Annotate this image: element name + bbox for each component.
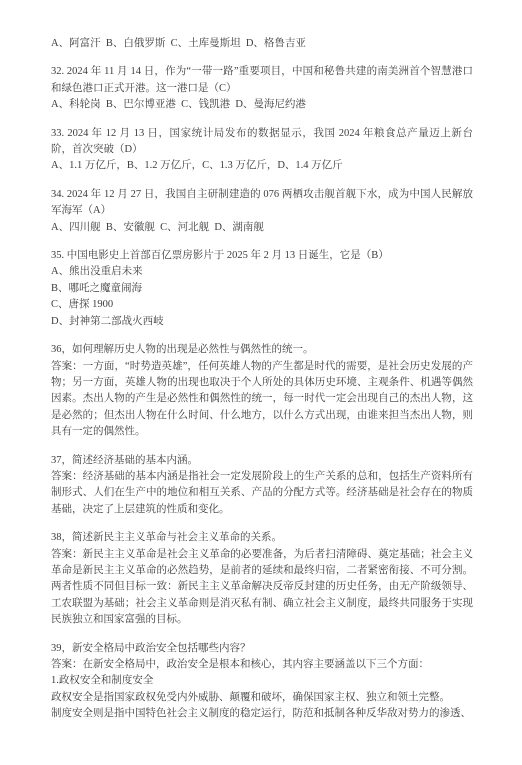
question-35-option-c: C、唐探 1900 <box>51 297 473 313</box>
question-39-answer-point1-title: 1.政权安全和制度安全 <box>51 673 473 689</box>
question-39-title: 39，新安全格局中政治安全包括哪些内容？ <box>51 641 473 657</box>
question-36-title: 36，如何理解历史人物的出现是必然性与偶然性的统一。 <box>51 342 473 358</box>
question-39-answer-point2-text: 制度安全则是指中国特色社会主义制度的稳定运行，防范和抵制各种反华敌对势力的渗透、 <box>51 706 473 722</box>
question-35-option-d: D、封神第二部战火西岐 <box>51 314 473 330</box>
question-32-stem: 32. 2024 年 11 月 14 日，作为“一带一路”重要项目，中国和秘鲁共… <box>51 64 473 97</box>
question-37-answer: 答案：经济基础的基本内涵是指社会一定发展阶段上的生产关系的总和，包括生产资料所有… <box>51 469 473 518</box>
question-39-answer-point1-text: 政权安全是指国家政权免受内外威胁、颠覆和破坏，确保国家主权、独立和领土完整。 <box>51 690 473 706</box>
question-38-answer: 答案：新民主主义革命是社会主义革命的必要准备，为后者扫清障碍、奠定基础；社会主义… <box>51 547 473 629</box>
question-37-title: 37，简述经济基础的基本内涵。 <box>51 453 473 469</box>
question-34-stem: 34. 2024 年 12 月 27 日，我国自主研制建造的 076 两栖攻击舰… <box>51 187 473 220</box>
question-36-answer: 答案：一方面，“时势造英雄”，任何英雄人物的产生都是时代的需要，是社会历史发展的… <box>51 359 473 441</box>
question-38-title: 38，简述新民主主义革命与社会主义革命的关系。 <box>51 530 473 546</box>
question-31-options: A、阿富汗 B、白俄罗斯 C、土库曼斯坦 D、格鲁吉亚 <box>51 36 473 52</box>
question-39-answer-intro: 答案：在新安全格局中，政治安全是根本和核心，其内容主要涵盖以下三个方面： <box>51 657 473 673</box>
question-33-options: A、1.1 万亿斤，B、1.2 万亿斤，C、1.3 万亿斤，D、1.4 万亿斤 <box>51 158 473 174</box>
question-35-stem: 35. 中国电影史上首部百亿票房影片于 2025 年 2 月 13 日诞生，它是… <box>51 248 473 264</box>
document-page: A、阿富汗 B、白俄罗斯 C、土库曼斯坦 D、格鲁吉亚 32. 2024 年 1… <box>0 0 522 765</box>
question-34-options: A、四川舰 B、安徽舰 C、河北舰 D、湖南舰 <box>51 220 473 236</box>
question-35-option-b: B、哪吒之魔童闹海 <box>51 281 473 297</box>
question-32-options: A、科轮岗 B、巴尔博亚港 C、钱凯港 D、曼海尼约港 <box>51 97 473 113</box>
question-35-option-a: A、熊出没重启未来 <box>51 264 473 280</box>
question-33-stem: 33. 2024 年 12 月 13 日，国家统计局发布的数据显示，我国 202… <box>51 126 473 159</box>
